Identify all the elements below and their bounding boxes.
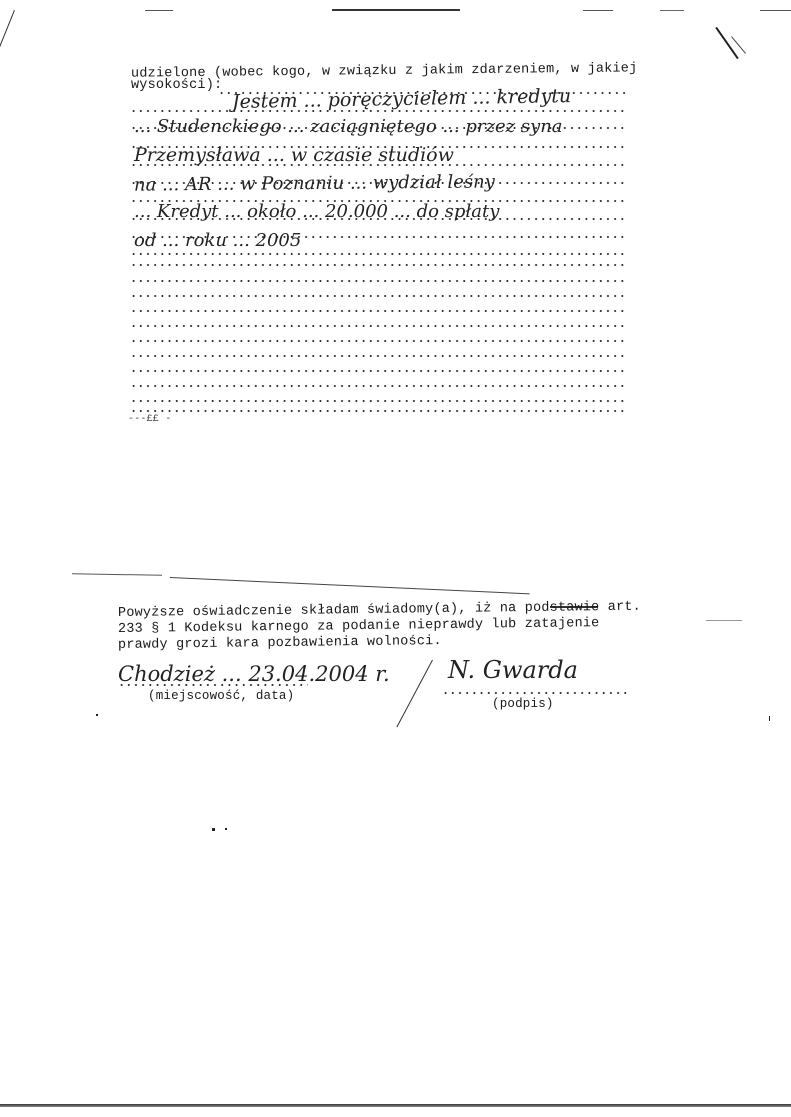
handwritten-answer-line-5: ... Kredyt ... około ... 20.000 ... do s… bbox=[134, 201, 499, 222]
scan-bottom-edge bbox=[0, 1104, 791, 1107]
stray-dot bbox=[96, 714, 98, 716]
place-date-handwritten: Chodzież ... 23.04.2004 r. bbox=[118, 662, 390, 686]
stray-dot bbox=[225, 828, 227, 830]
signature-dotted-line bbox=[442, 692, 628, 694]
signature-stroke bbox=[396, 660, 433, 728]
stray-mark: ---££ - bbox=[128, 414, 171, 425]
handwritten-answer-line-1: Jestem ... poręczycielem ... kredytu bbox=[232, 85, 571, 113]
scan-margin-line-top-1 bbox=[145, 10, 173, 11]
scan-margin-line-top-3 bbox=[583, 10, 613, 11]
signature-handwritten: N. Gwarda bbox=[448, 656, 578, 684]
scan-margin-line-top-2 bbox=[332, 9, 460, 11]
signature-label: (podpis) bbox=[492, 697, 554, 711]
dotted-line bbox=[130, 253, 628, 255]
dotted-line bbox=[130, 340, 628, 342]
dotted-line bbox=[130, 400, 628, 402]
dotted-line bbox=[130, 325, 628, 327]
declaration-line-3: prawdy grozi kara pozbawienia wolności. bbox=[118, 634, 442, 653]
place-date-dotted-line bbox=[118, 684, 308, 686]
handwritten-answer-line-3: Przemysława ... w czasie studiów bbox=[134, 144, 454, 166]
dotted-line bbox=[130, 280, 628, 282]
form-intro-line-2: wysokości): bbox=[131, 78, 222, 93]
dotted-line bbox=[130, 370, 628, 372]
scan-margin-line-top-4 bbox=[660, 10, 684, 11]
stray-dot bbox=[212, 828, 215, 831]
pen-stroke-left-margin bbox=[0, 10, 15, 51]
handwritten-answer-line-2: ... Studenckiego ... zaciągniętego ... p… bbox=[134, 116, 563, 137]
handwritten-answer-line-6: od ... roku ... 2005 bbox=[134, 230, 301, 251]
separator-line bbox=[170, 577, 530, 594]
dotted-line bbox=[130, 385, 628, 387]
dotted-line bbox=[130, 410, 628, 412]
stray-dot bbox=[769, 716, 770, 721]
dotted-line bbox=[130, 295, 628, 297]
handwritten-answer-line-4: na ... AR ... w Poznaniu ... wydział leś… bbox=[134, 171, 495, 195]
dotted-line bbox=[130, 310, 628, 312]
separator-line bbox=[706, 620, 742, 621]
separator-line bbox=[72, 573, 162, 576]
dotted-line bbox=[130, 264, 628, 266]
dotted-line bbox=[130, 355, 628, 357]
scan-margin-line-top-5 bbox=[760, 10, 791, 11]
place-date-label: (miejscowość, data) bbox=[148, 689, 294, 703]
